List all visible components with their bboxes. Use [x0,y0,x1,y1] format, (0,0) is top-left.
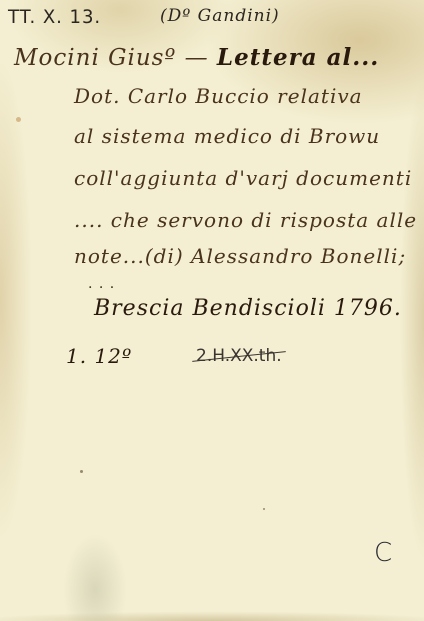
author-title-line: Mocini Giusº — Lettera al... [14,44,379,71]
title-line-4: .... che servono di risposta alle [74,208,417,232]
format-line: 1. 12º [66,344,132,368]
title-start: Lettera al... [217,44,379,71]
paper-speck [16,117,21,122]
paper-speck [80,470,83,473]
struck-out-shelfmark: 2.H.XX.th. [196,346,282,366]
author-name: Mocini Giusº [14,45,176,71]
ellipsis-mark: . . . [88,276,115,292]
title-line-5: note...(di) Alessandro Bonelli; [74,244,406,268]
paper-speck [263,508,265,510]
shelfmark: TT. X. 13. [8,6,101,28]
title-line-1: Dot. Carlo Buccio relativa [74,84,363,108]
catalogue-card: TT. X. 13. (Dº Gandini) Mocini Giusº — L… [0,0,424,621]
title-line-3: coll'aggiunta d'varj documenti [74,166,412,190]
imprint-line: Brescia Bendiscioli 1796. [94,296,402,321]
title-line-2: al sistema medico di Browu [74,124,380,148]
corner-pencil-mark: C [374,538,393,568]
provenance-note: (Dº Gandini) [160,6,280,26]
dash-separator: — [185,45,209,71]
